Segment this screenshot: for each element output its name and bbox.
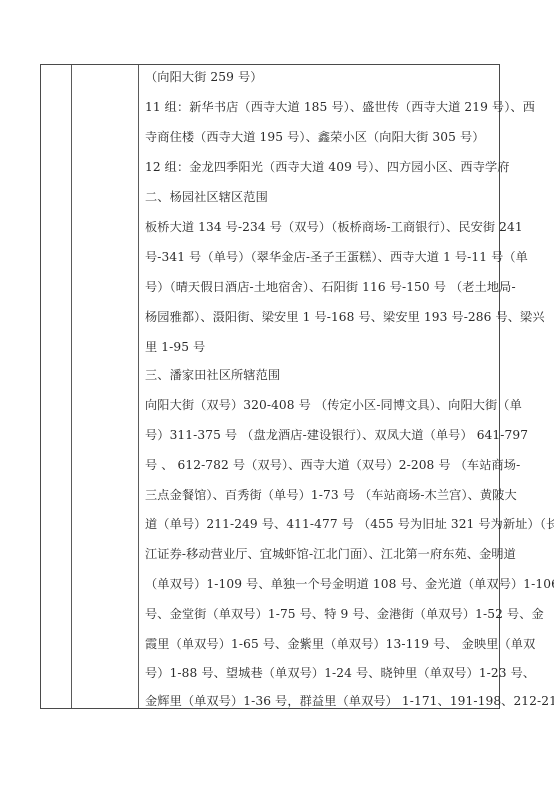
text-line: 11 组：新华书店（西寺大道 185 号）、盛世传（西寺大道 219 号）、西 bbox=[145, 99, 535, 115]
text-line: 三点金餐馆）、百秀街（单号）1-73 号 （车站商场-木兰宫）、黄陂大 bbox=[145, 487, 517, 503]
text-line: 12 组：金龙四季阳光（西寺大道 409 号）、四方园小区、西寺学府 bbox=[145, 159, 510, 175]
table-content-cell: （向阳大街 259 号） 11 组：新华书店（西寺大道 185 号）、盛世传（西… bbox=[145, 65, 493, 708]
text-line: 向阳大街（双号）320-408 号 （传定小区-同博文具）、向阳大街（单 bbox=[145, 397, 522, 413]
text-line: 霞里（单双号）1-65 号、金紫里（单双号）13-119 号、 金映里（单双 bbox=[145, 636, 535, 652]
text-line: 杨园雅都）、滠阳街、梁安里 1 号-168 号、梁安里 193 号-286 号、… bbox=[145, 309, 545, 325]
text-line: （向阳大街 259 号） bbox=[145, 69, 263, 85]
document-page: （向阳大街 259 号） 11 组：新华书店（西寺大道 185 号）、盛世传（西… bbox=[0, 0, 554, 785]
text-line: 号）（晴天假日酒店-土地宿舍）、石阳街 116 号-150 号 （老土地局- bbox=[145, 279, 516, 295]
text-line: 号-341 号（单号）（翠华金店-圣子王蛋糕）、西寺大道 1 号-11 号（单 bbox=[145, 249, 528, 265]
text-line: 号 、 612-782 号（双号）、西寺大道（双号）2-208 号 （车站商场- bbox=[145, 457, 520, 473]
text-line: 号、金堂街（单双号）1-75 号、特 9 号、金港街（单双号）1-52 号、金 bbox=[145, 606, 544, 622]
text-line: 号）1-88 号、望城巷（单双号）1-24 号、晓钟里（单双号）1-23 号、 bbox=[145, 665, 535, 681]
text-line: 号）311-375 号 （盘龙酒店-建设银行）、双凤大道（单号） 641-797 bbox=[145, 427, 528, 443]
text-line: 里 1-95 号 bbox=[145, 339, 205, 355]
text-line: （单双号）1-109 号、单独一个号金明道 108 号、金光道（单双号）1-10… bbox=[145, 576, 554, 592]
text-line: 寺商住楼（西寺大道 195 号）、鑫荣小区（向阳大街 305 号） bbox=[145, 129, 485, 145]
address-table: （向阳大街 259 号） 11 组：新华书店（西寺大道 185 号）、盛世传（西… bbox=[40, 64, 500, 709]
text-line: 板桥大道 134 号-234 号（双号）（板桥商场-工商银行）、民安街 241 bbox=[145, 219, 523, 235]
text-line: 金辉里（单双号）1-36 号，群益里（单双号） 1-171、191-198、21… bbox=[145, 693, 554, 709]
section-heading-panjiatian: 三、潘家田社区所辖范围 bbox=[145, 367, 280, 383]
table-column-divider-1 bbox=[71, 65, 72, 708]
table-column-divider-2 bbox=[138, 65, 139, 708]
section-heading-yangyuan: 二、杨园社区辖区范围 bbox=[145, 189, 268, 205]
text-line: 江证券-移动营业厅、宜城虾馆-江北门面）、江北第一府东苑、金明道 bbox=[145, 546, 516, 562]
text-line: 道（单号）211-249 号、411-477 号 （455 号为旧址 321 号… bbox=[145, 516, 554, 532]
